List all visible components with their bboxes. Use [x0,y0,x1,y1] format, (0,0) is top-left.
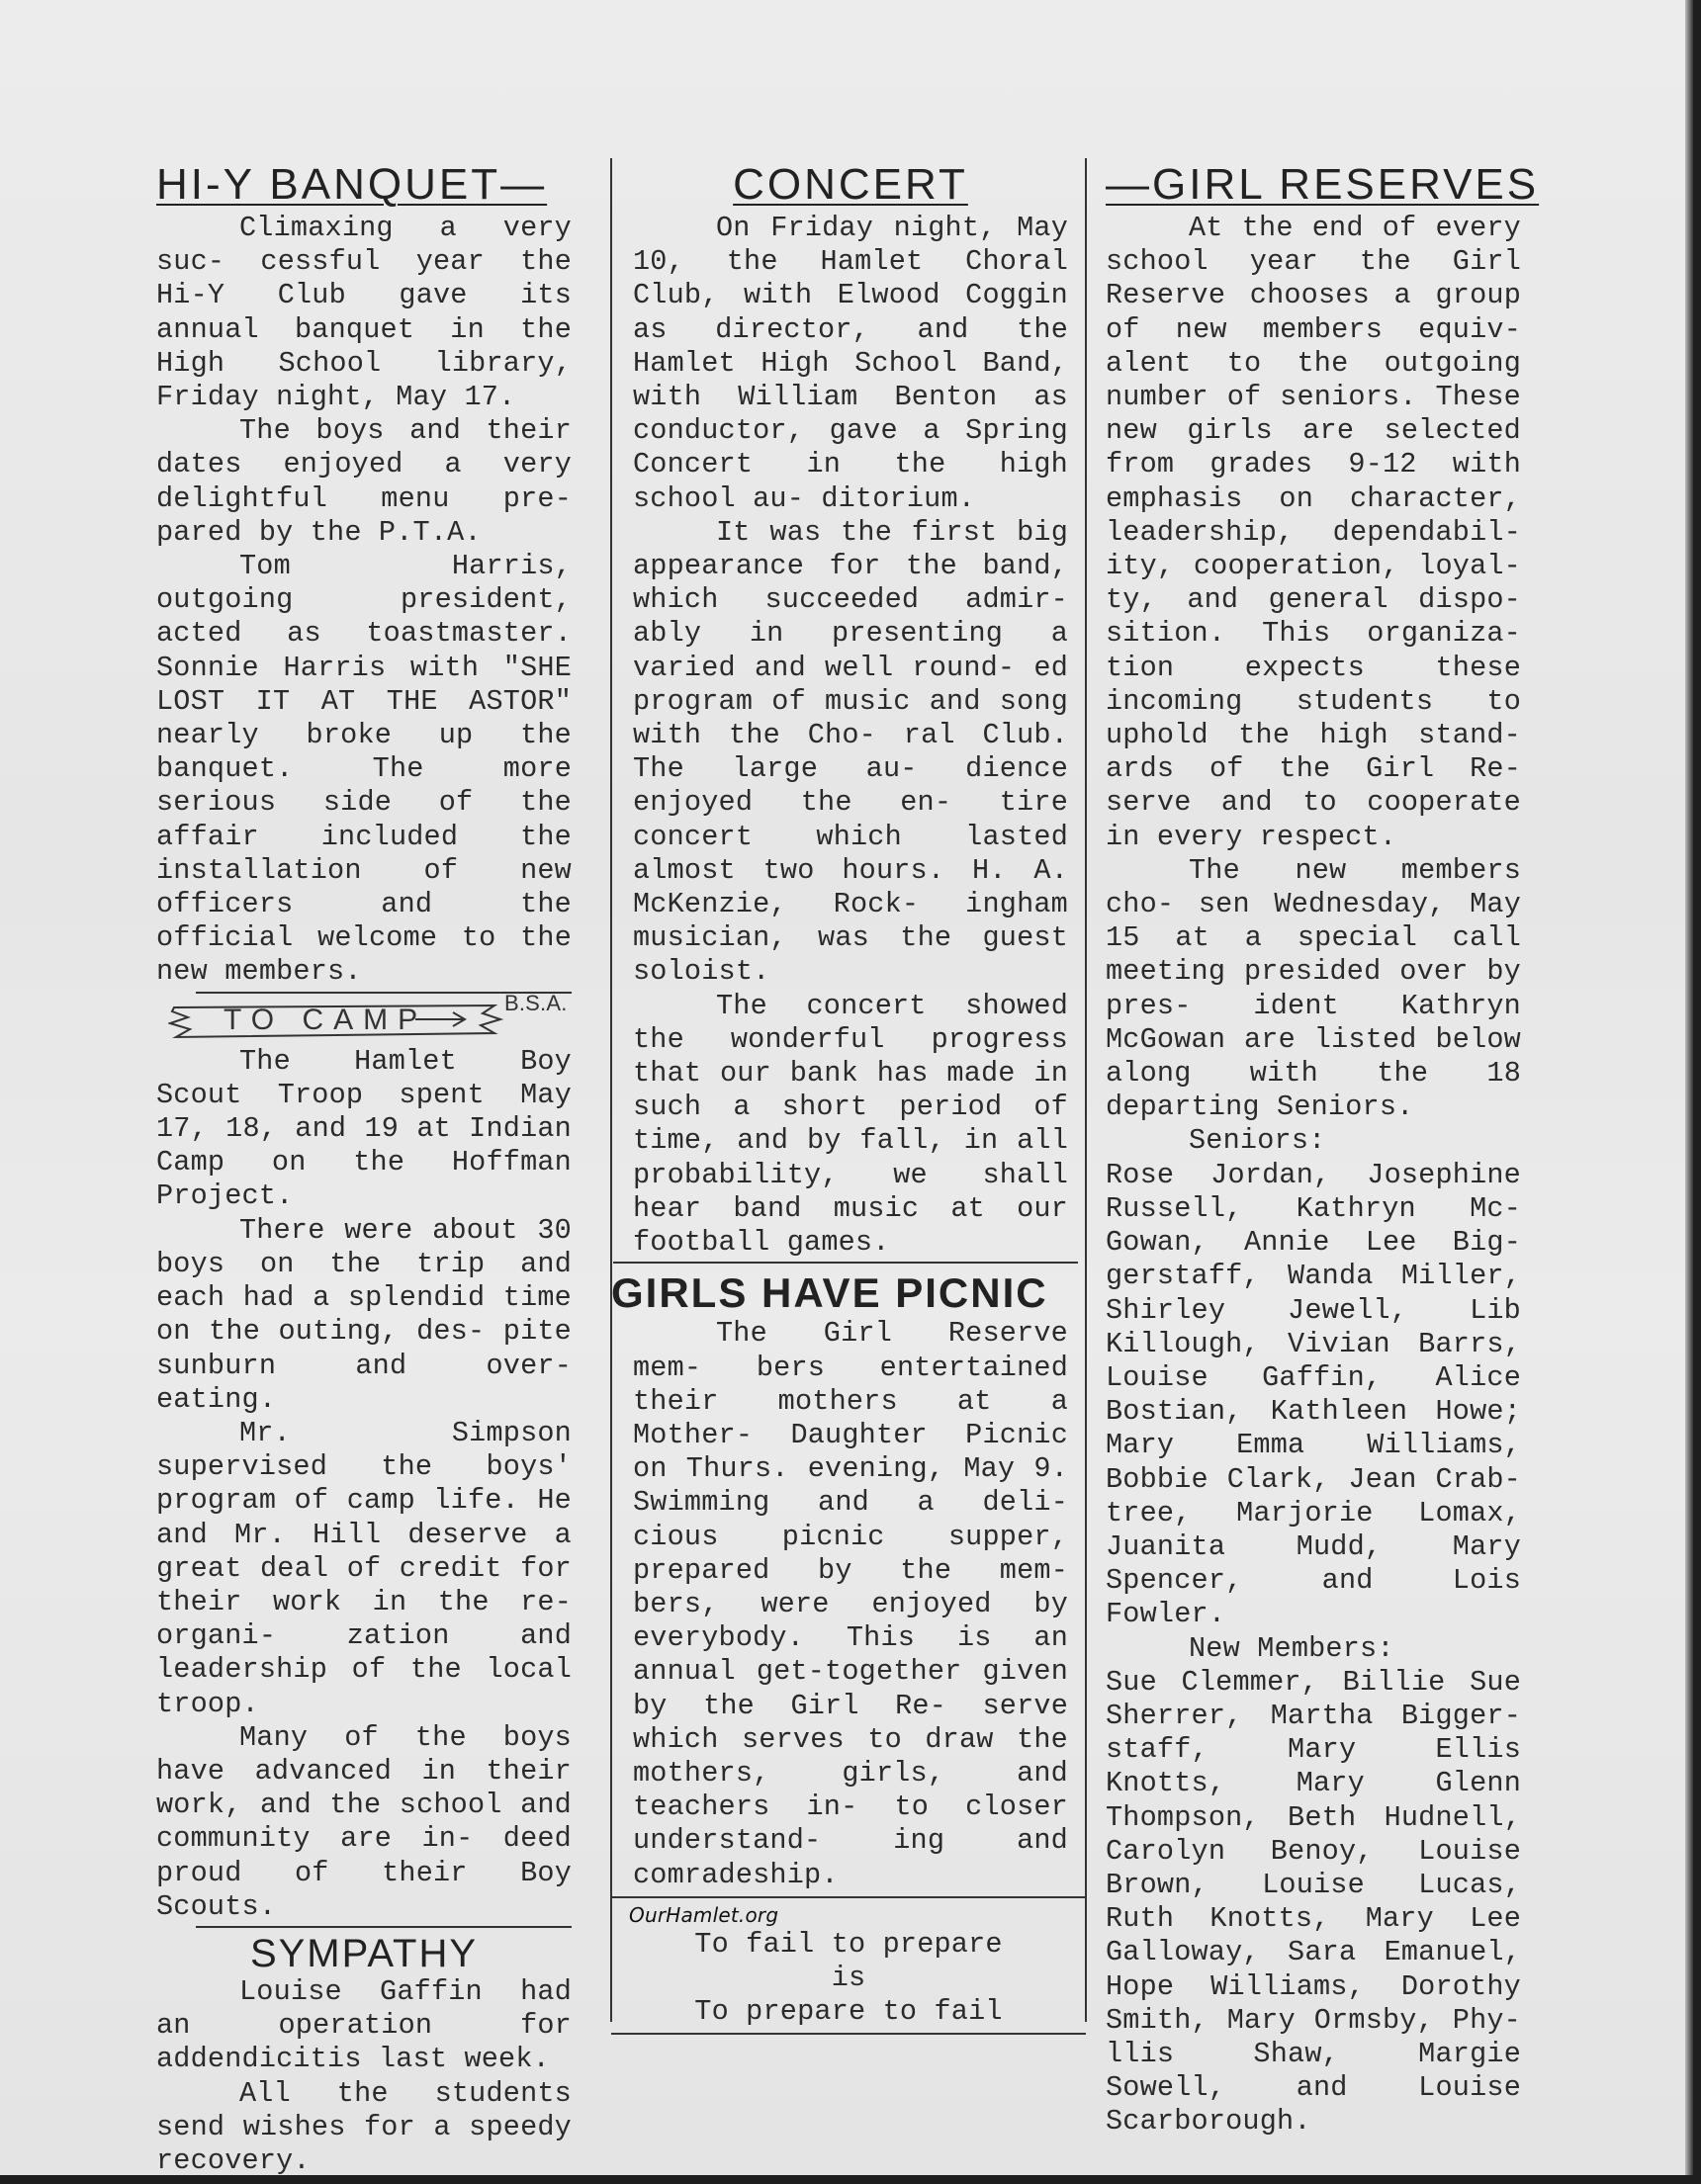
article-paragraph: Climaxing a very suc- cessful year the H… [156,212,572,414]
seniors-list: Rose Jordan, Josephine Russell, Kathryn … [1106,1159,1521,1632]
article-hi-y-banquet: HI-Y BANQUET— Climaxing a very suc- cess… [156,160,572,994]
article-paragraph: The concert showed the wonderful progres… [633,990,1068,1261]
article-paragraph: The Girl Reserve mem- bers entertained t… [633,1317,1068,1891]
headline-concert: CONCERT [633,160,1068,210]
section-rule [613,1262,1078,1264]
banner-title: TO CAMP [224,1004,427,1037]
left-column: HI-Y BANQUET— Climaxing a very suc- cess… [156,160,572,2178]
article-paragraph: On Friday night, May 10, the Hamlet Chor… [633,212,1068,516]
headline-girls-have-picnic: GIRLS HAVE PICNIC [611,1269,1084,1317]
article-paragraph: Louise Gaffin had an operation for adden… [156,1975,572,2077]
article-to-camp: TO CAMP B.S.A. The Hamlet Boy Scout Troo… [156,1000,572,1928]
article-concert: CONCERT On Friday night, May 10, the Ham… [633,160,1068,1264]
article-sympathy: SYMPATHY Louise Gaffin had an operation … [156,1934,572,2178]
headline-girl-reserves: —GIRL RESERVES [1106,160,1521,210]
article-paragraph: The new members cho- sen Wednesday, May … [1106,854,1521,1125]
new-members-list: Sue Clemmer, Billie Sue Sherrer, Martha … [1106,1666,1521,2140]
middle-column: CONCERT On Friday night, May 10, the Ham… [633,160,1068,2035]
article-paragraph: The Hamlet Boy Scout Troop spent May 17,… [156,1045,572,1214]
quote-line: To fail to prepare [611,1928,1086,1962]
article-paragraph: All the students send wishes for a speed… [156,2077,572,2179]
article-paragraph: Tom Harris, outgoing president, acted as… [156,550,572,990]
article-girls-have-picnic: GIRLS HAVE PICNIC The Girl Reserve mem- … [633,1269,1068,1891]
section-rule [196,1926,572,1928]
headline-hi-y-banquet: HI-Y BANQUET— [156,160,572,210]
seniors-label: Seniors: [1106,1124,1521,1158]
article-paragraph: It was the first big appearance for the … [633,516,1068,990]
site-watermark: OurHamlet.org [611,1902,1086,1928]
quote-line: is [611,1962,1086,1995]
column-divider [1085,158,1087,2022]
article-paragraph: Many of the boys have advanced in their … [156,1721,572,1924]
quote-box: OurHamlet.org To fail to prepare is To p… [611,1896,1086,2035]
right-column: —GIRL RESERVES At the end of every schoo… [1106,160,1521,2140]
article-paragraph: There were about 30 boys on the trip and… [156,1214,572,1417]
quote-line: To prepare to fail [611,1995,1086,2029]
article-girl-reserves: —GIRL RESERVES At the end of every schoo… [1106,160,1521,2140]
bsa-mark: B.S.A. [504,994,568,1013]
article-paragraph: Mr. Simpson supervised the boys' program… [156,1417,572,1721]
newsletter-page: HI-Y BANQUET— Climaxing a very suc- cess… [0,0,1693,2175]
column-divider [610,158,612,2022]
article-paragraph: At the end of every school year the Girl… [1106,212,1521,854]
headline-sympathy: SYMPATHY [156,1934,572,1973]
article-paragraph: The boys and their dates enjoyed a very … [156,414,572,550]
to-camp-banner: TO CAMP B.S.A. [168,1000,544,1043]
new-members-label: New Members: [1106,1632,1521,1666]
